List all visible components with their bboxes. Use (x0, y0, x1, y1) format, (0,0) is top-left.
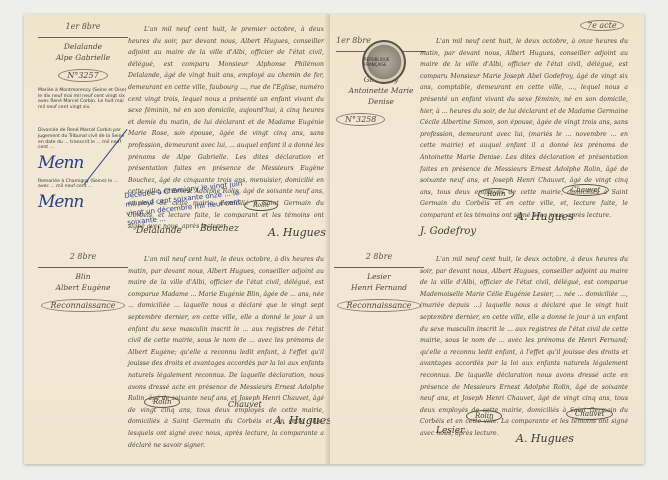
signature-delalande: Delalande (136, 226, 182, 236)
given-names: Alpe Gabrielle (38, 52, 128, 63)
signature-bouchez: Bouchez (200, 224, 239, 234)
register-number: N°3257 (58, 69, 107, 82)
right-page: 7e acte 1er 8bre Godefroy Antoinette Mar… (330, 14, 644, 464)
register-spread: 1er 8bre Delalande Alpe Gabrielle N°3257… (24, 14, 644, 464)
surname: Delalande (38, 41, 128, 52)
stamp-text: RÉPUBLIQUE FRANÇAISE (364, 57, 404, 67)
signature-chauvet: Chauvet (562, 184, 609, 196)
marginal-marriage-note: Mariée à Montmorency (Seine et Oise) le … (38, 88, 128, 110)
marginal-note-divorce: Divorcée de René Marcel Corbin par jugem… (38, 128, 128, 150)
blue-signature-2: Menn (38, 192, 128, 212)
surname: Blin (38, 271, 128, 282)
signature-godefroy: J. Godefroy (420, 226, 476, 237)
status-label: Reconnaissance (337, 299, 420, 312)
signature-chauvet: Chauvet (228, 400, 262, 409)
date-note: 2 8bre (38, 252, 128, 261)
signature-chauvet: Chauvet (566, 408, 613, 420)
republique-francaise-stamp: RÉPUBLIQUE FRANÇAISE (362, 40, 406, 84)
divider (334, 267, 424, 268)
signature-lesier: Lesier (436, 426, 464, 436)
date-note: 2 8bre (334, 252, 424, 261)
signature-hugues: A. Hugues (516, 432, 574, 445)
date-note: 1er 8bre (38, 22, 128, 31)
surname: Lesier (334, 271, 424, 282)
divider (38, 267, 128, 268)
register-number: N°3258 (336, 113, 385, 126)
given-names: Antoinette Marie Denise (336, 85, 426, 107)
signature-rolin: Rolin (244, 200, 278, 211)
divider (38, 37, 128, 38)
left-page: 1er 8bre Delalande Alpe Gabrielle N°3257… (24, 14, 331, 464)
left-record-2-margin: 2 8bre Blin Albert Eugène Reconnaissance (38, 252, 128, 312)
blue-signature-1: Menn (38, 153, 128, 173)
status-label: Reconnaissance (41, 299, 124, 312)
page-mark: 7e acte (580, 20, 624, 31)
signature-hugues: A. Hugues (516, 210, 574, 223)
given-names: Albert Eugène (38, 282, 128, 293)
signature-hugues: A. Hugues (268, 226, 326, 239)
right-record-2-margin: 2 8bre Lesier Henri Fernand Reconnaissan… (334, 252, 424, 312)
given-names: Henri Fernand (334, 282, 424, 293)
